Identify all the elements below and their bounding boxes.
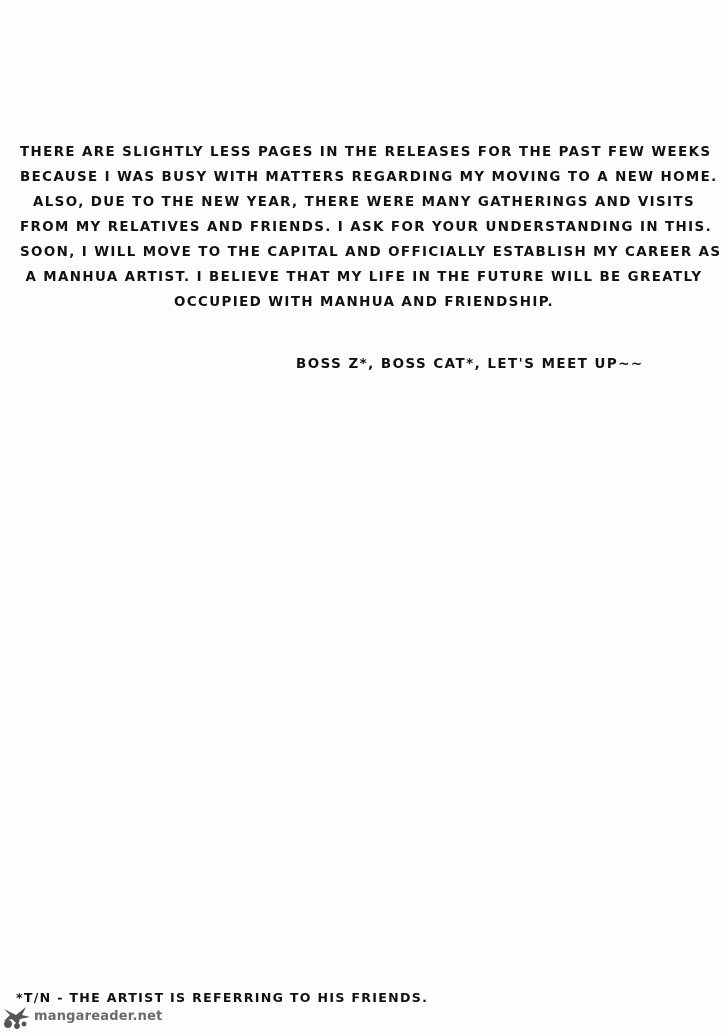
site-watermark: mangareader.net — [2, 1003, 163, 1029]
signoff-text: Boss Z*, Boss Cat*, let's meet up~~ — [296, 357, 644, 372]
watermark-text: mangareader.net — [34, 1009, 163, 1024]
note-line: occupied with manhua and friendship. — [20, 290, 708, 315]
mangareader-logo-icon — [2, 1003, 32, 1029]
manga-page: There are slightly less pages in the rel… — [0, 0, 728, 1033]
note-line: There are slightly less pages in the rel… — [20, 140, 708, 165]
note-line: a manhua artist. I believe that my life … — [20, 265, 708, 290]
note-line: Also, due to the new year, there were ma… — [20, 190, 708, 215]
note-line: because I was busy with matters regardin… — [20, 165, 708, 190]
note-line: from my relatives and friends. I ask for… — [20, 215, 708, 240]
note-line: Soon, I will move to the capital and off… — [20, 240, 708, 265]
author-note-paragraph: There are slightly less pages in the rel… — [20, 140, 708, 315]
